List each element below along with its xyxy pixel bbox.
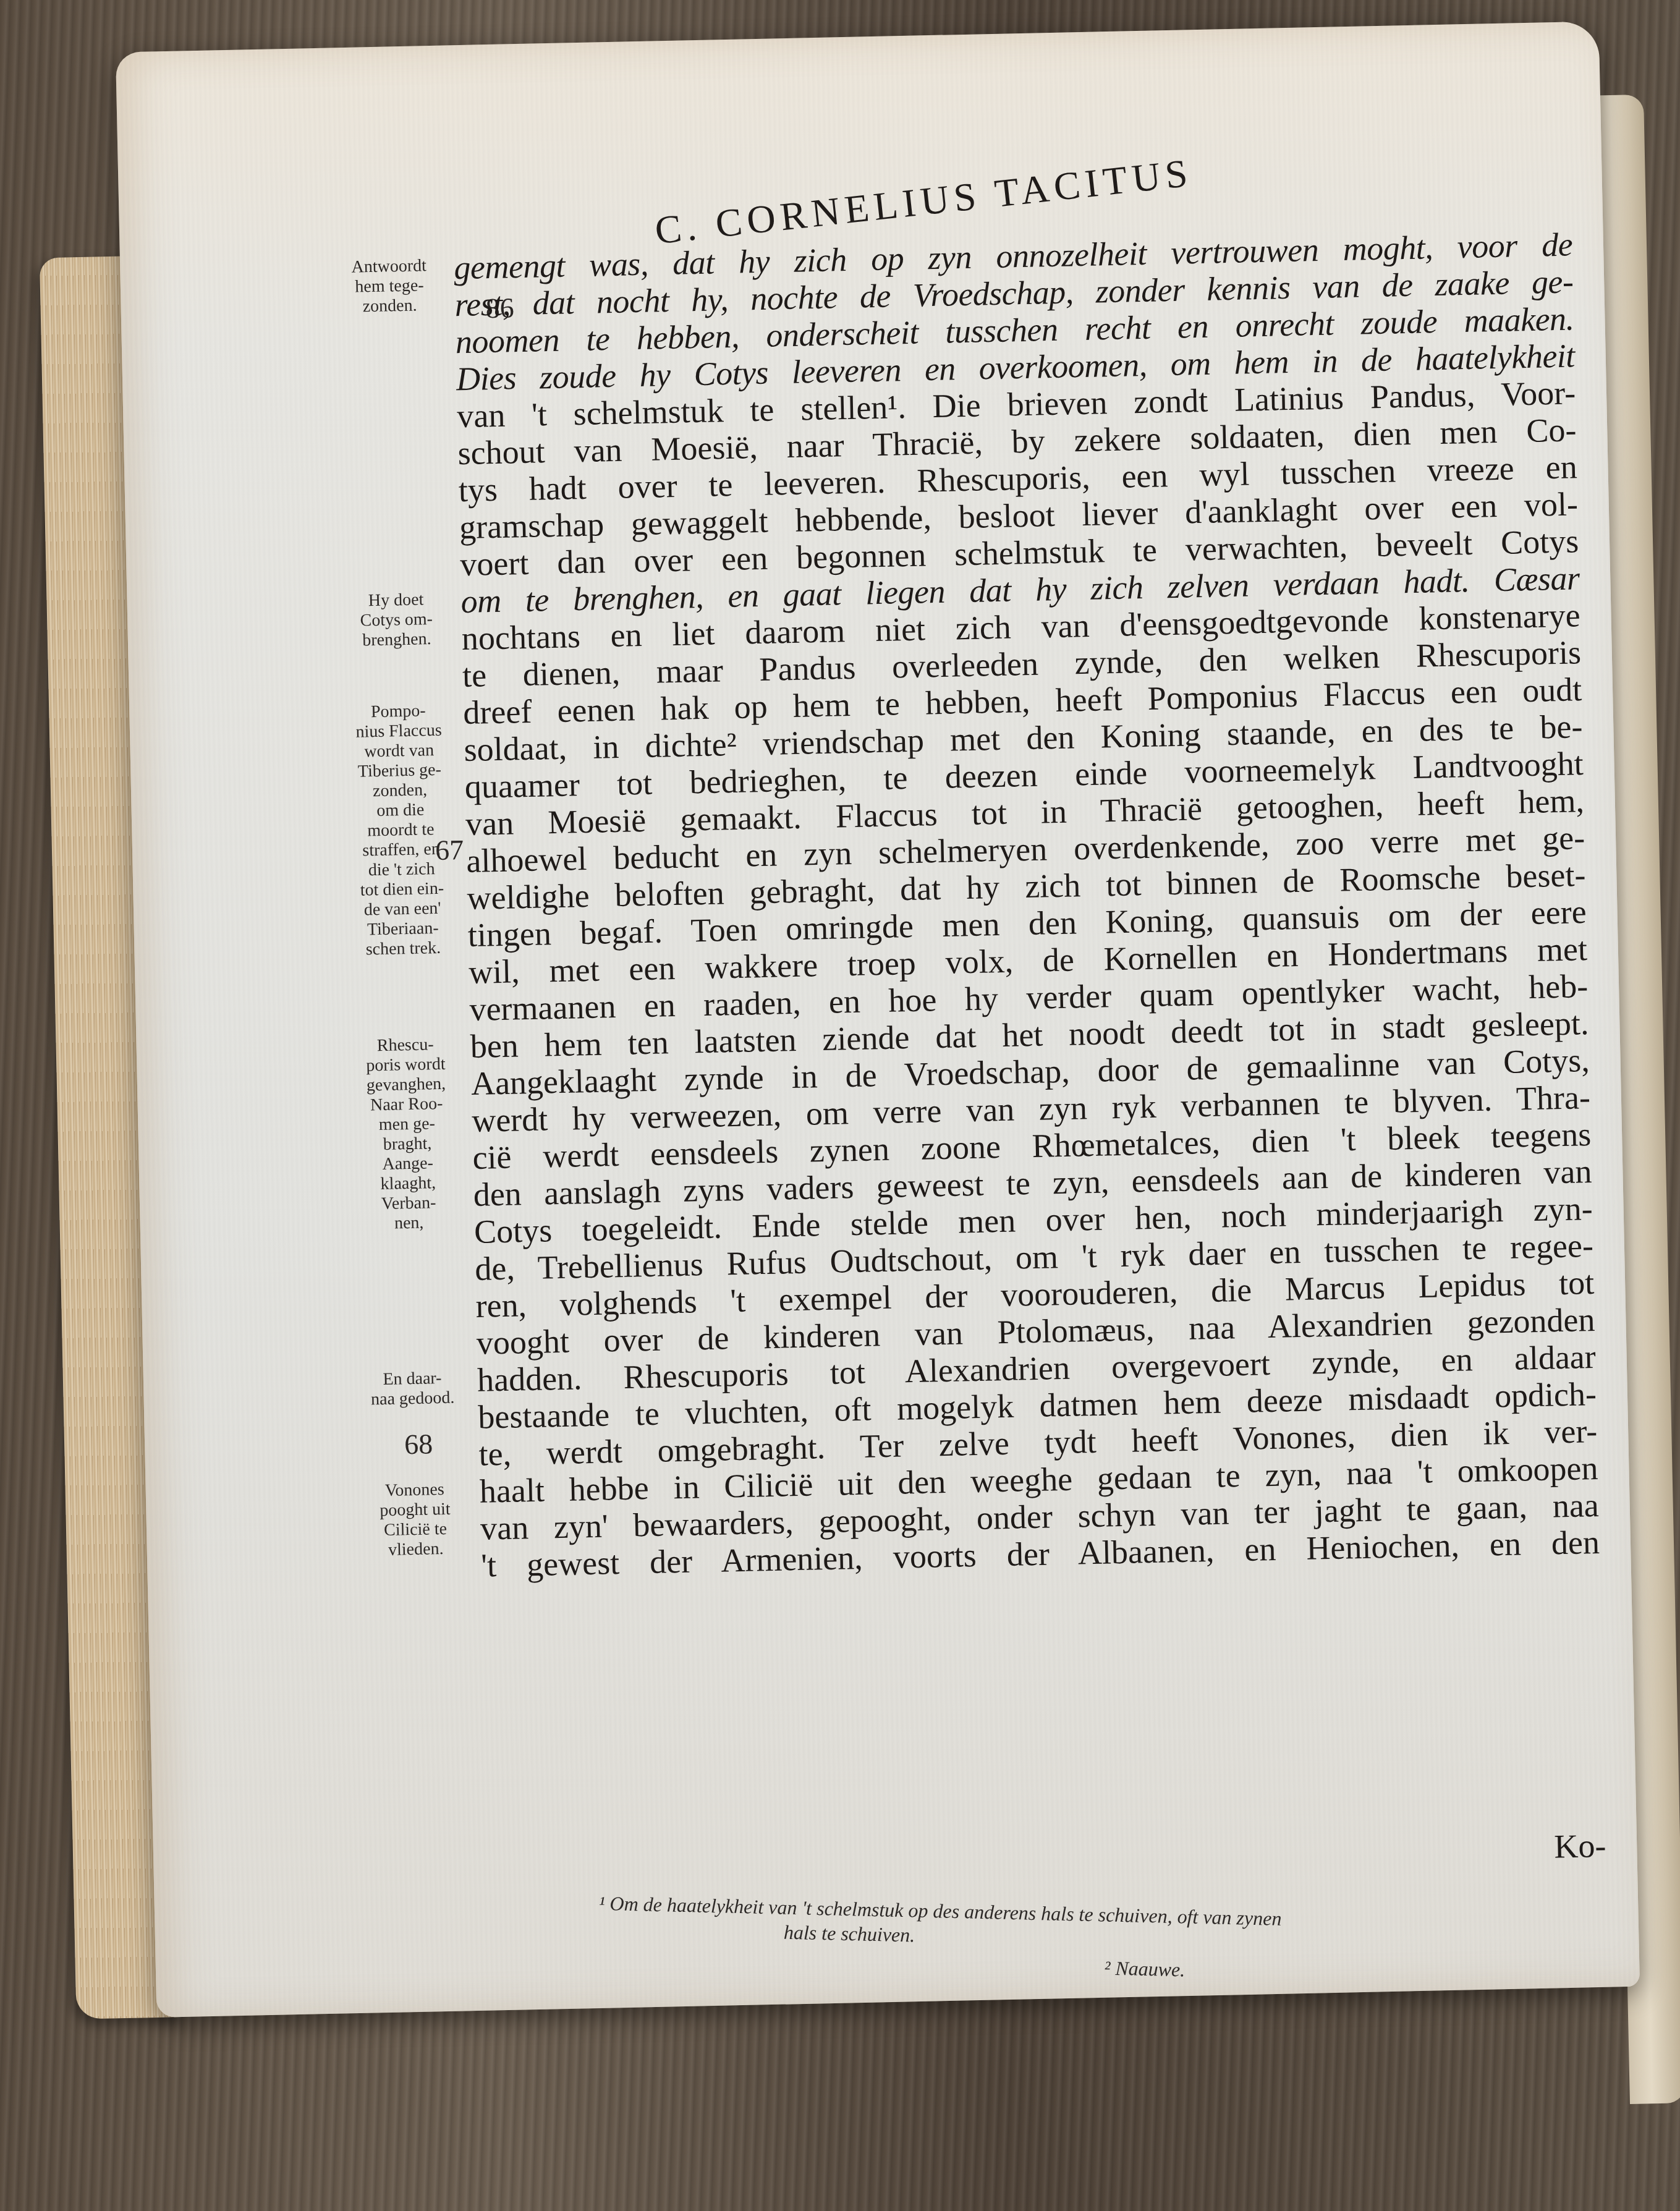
margin-note-line: Cilicië te <box>357 1519 475 1541</box>
margin-note: Antwoordthem tege-zonden. <box>330 255 449 317</box>
margin-note-line: naa gedood. <box>354 1388 472 1410</box>
margin-note-line: de van een' <box>344 898 462 920</box>
margin-note-line: poris wordt <box>347 1054 465 1076</box>
margin-note-line: Antwoordt <box>330 255 448 278</box>
margin-note-line: Verban- <box>350 1192 468 1215</box>
margin-note-line: Rhescu- <box>346 1034 464 1056</box>
book-page: 86 C. CORNELIUS TACITUS Antwoordthem teg… <box>116 21 1640 2018</box>
margin-note-line: pooght uit <box>356 1499 474 1521</box>
margin-note-line: klaaght, <box>349 1173 467 1195</box>
open-book: 86 C. CORNELIUS TACITUS Antwoordthem teg… <box>23 20 1680 2019</box>
footnotes: ¹ Om de haatelykheit van 't schelmstuk o… <box>598 1891 1588 1991</box>
margin-note-line: brenghen. <box>338 629 456 651</box>
margin-note-line: nen, <box>350 1212 468 1234</box>
margin-note-line: Pompo- <box>339 700 457 723</box>
body-text: gemengt was, dat hy zich op zyn onnozelh… <box>454 226 1600 1584</box>
margin-note: Rhescu-poris wordtgevanghen,Naar Roo-men… <box>346 1034 468 1234</box>
chapter-number: 68 <box>404 1434 433 1454</box>
margin-note-line: vlieden. <box>357 1538 475 1561</box>
margin-note-line: braght, <box>349 1133 467 1155</box>
margin-note-line: hem tege- <box>331 275 449 297</box>
margin-note-line: men ge- <box>348 1113 466 1135</box>
margin-note: Pompo-nius Flaccuswordt vanTiberius ge-z… <box>339 700 462 960</box>
catchword: Ko- <box>1554 1827 1606 1866</box>
margin-note-line: om die <box>341 799 459 821</box>
margin-note: En daar-naa gedood. <box>354 1368 472 1410</box>
margin-note-line: En daar- <box>354 1368 472 1390</box>
margin-note-line: wordt van <box>340 740 458 762</box>
margin-note-line: Tiberius ge- <box>341 760 459 782</box>
margin-note-line: Tiberiaan- <box>344 918 462 940</box>
margin-note-line: schen trek. <box>344 938 462 960</box>
margin-note-line: Vonones <box>355 1479 473 1501</box>
margin-note: Hy doetCotys om-brenghen. <box>337 589 456 651</box>
margin-note: Vononespooght uitCilicië tevlieden. <box>355 1479 475 1561</box>
margin-note-line: zonden, <box>341 779 459 802</box>
margin-note-line: Hy doet <box>337 589 455 611</box>
margin-note-line: Cotys om- <box>337 609 456 631</box>
margin-note-line: Aange- <box>349 1153 467 1175</box>
margin-note-line: nius Flaccus <box>340 720 458 742</box>
margin-note-line: gevanghen, <box>347 1074 465 1096</box>
margin-note-line: tot dien ein- <box>343 878 461 901</box>
margin-note-line: zonden. <box>331 295 449 317</box>
margin-note-line: Naar Roo- <box>347 1093 465 1116</box>
chapter-number: 67 <box>435 840 464 860</box>
